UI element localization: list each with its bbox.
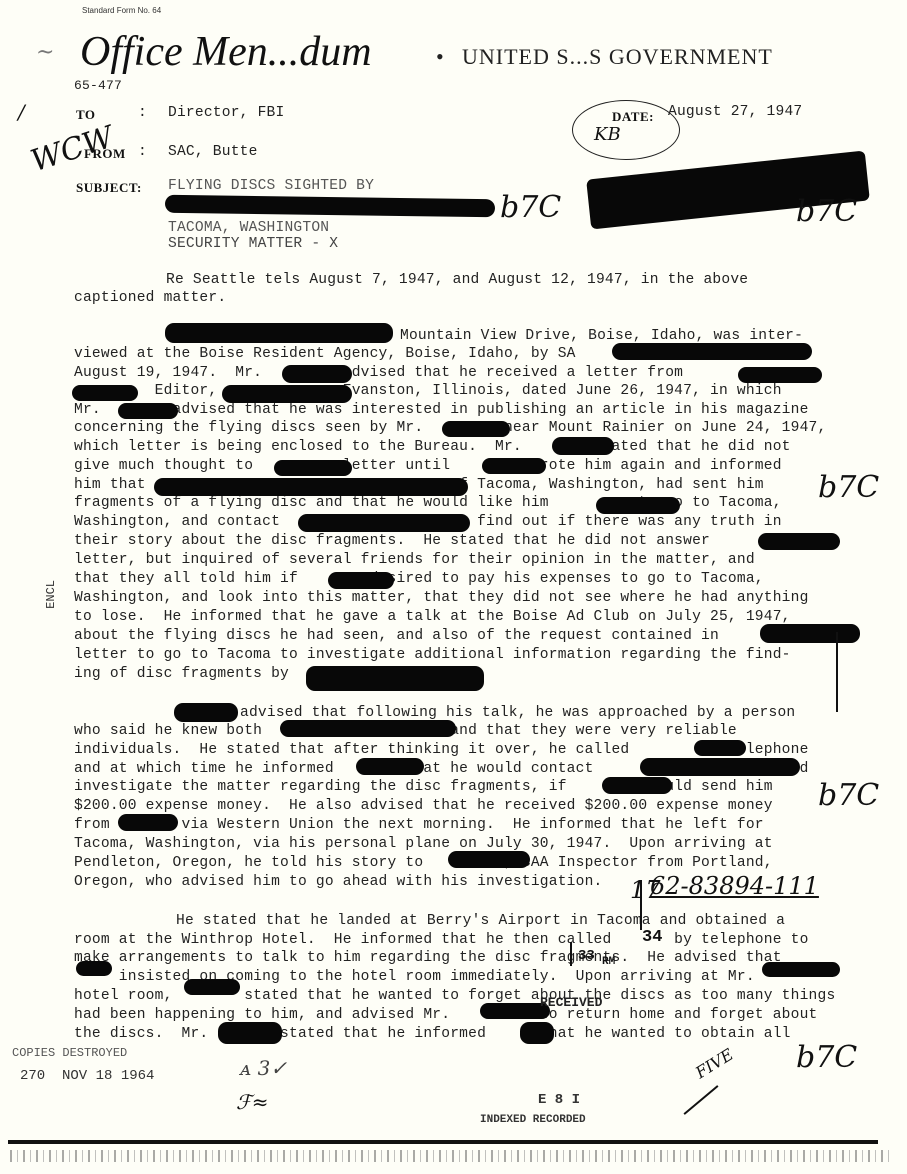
body-text-line: which letter is being enclosed to the Bu… xyxy=(74,439,791,455)
to-label: TO xyxy=(76,107,96,123)
redaction xyxy=(218,1022,282,1044)
redaction xyxy=(184,979,240,995)
body-text-line: Mr. advised that he was interested in pu… xyxy=(74,402,809,418)
body-text-line: August 19, 1947. Mr. advised that he rec… xyxy=(74,365,683,381)
body-text-line: He stated that he landed at Berry's Airp… xyxy=(176,913,785,929)
memo-page: Standard Form No. 64 ~ Office Men...dum … xyxy=(0,0,907,1174)
body-text-line: Pendleton, Oregon, he told his story to … xyxy=(74,855,773,871)
redaction xyxy=(306,666,484,691)
body-text-line: ing of disc fragments by xyxy=(74,666,289,682)
stamp-line xyxy=(640,880,642,930)
redaction xyxy=(442,421,510,437)
margin-vertical-stamp: ENCL xyxy=(44,580,58,609)
redaction xyxy=(298,514,470,532)
redaction xyxy=(222,385,352,403)
body-text-line: room at the Winthrop Hotel. He informed … xyxy=(74,932,809,948)
redaction xyxy=(72,385,138,401)
circled-initials: KB xyxy=(594,124,621,145)
redaction xyxy=(328,572,394,589)
form-number: Standard Form No. 64 xyxy=(82,6,161,15)
body-text-line: letter, but inquired of several friends … xyxy=(74,552,755,568)
redaction xyxy=(448,851,530,868)
recorded-file-number: 62-83894-111 xyxy=(650,872,819,900)
circled-initials-ring xyxy=(572,100,680,160)
subject-line-3: SECURITY MATTER - X xyxy=(168,236,338,252)
handwritten-signature: ℱ≈ xyxy=(236,1090,268,1114)
header-scribble: ~ xyxy=(36,40,54,65)
exemption-mark: b7C xyxy=(796,194,857,229)
body-text-line: Washington, and look into this matter, t… xyxy=(74,590,809,606)
body-text-line: give much thought to letter until wrote … xyxy=(74,458,782,474)
body-text-line: Re Seattle tels August 7, 1947, and Augu… xyxy=(166,272,748,288)
redaction xyxy=(760,624,860,643)
bottom-scan-noise xyxy=(10,1150,890,1162)
file-number: 65-477 xyxy=(74,78,122,93)
body-text-line: Tacoma, Washington, via his personal pla… xyxy=(74,836,773,852)
body-text-line: make arrangements to talk to him regardi… xyxy=(74,950,782,966)
subject-line-1: FLYING DISCS SIGHTED BY xyxy=(168,178,374,194)
body-text-line: captioned matter. xyxy=(74,290,226,306)
redaction xyxy=(280,720,456,737)
copies-destroyed-date: 270 NOV 18 1964 xyxy=(20,1068,154,1084)
copies-destroyed-stamp: COPIES DESTROYED xyxy=(12,1046,127,1060)
redaction xyxy=(640,758,800,776)
redaction xyxy=(596,497,680,514)
handwritten-scribble: ᴀ 3✓ xyxy=(240,1056,287,1080)
header-dot: • xyxy=(436,44,445,70)
indexed-recorded-stamp: INDEXED RECORDED xyxy=(480,1114,586,1126)
body-text-line: the discs. Mr. stated that he informed t… xyxy=(74,1026,791,1042)
to-colon: : xyxy=(138,105,147,121)
redaction xyxy=(762,962,840,977)
to-value: Director, FBI xyxy=(168,105,284,121)
body-text-line: Mountain View Drive, Boise, Idaho, was i… xyxy=(400,328,803,344)
margin-check-mark: / xyxy=(18,100,25,124)
redaction xyxy=(282,365,352,383)
bottom-stamp-e8i: E 8 I xyxy=(538,1092,580,1108)
from-label: FROM xyxy=(84,146,126,162)
bottom-border-line xyxy=(8,1140,878,1144)
body-text-line: Editor, Evanston, Illinois, dated June 2… xyxy=(74,383,782,399)
header-office-memorandum: Office Men...dum xyxy=(80,28,372,76)
redaction xyxy=(520,1022,554,1044)
body-text-line: insisted on coming to the hotel room imm… xyxy=(74,969,755,985)
body-text-line: letter to go to Tacoma to investigate ad… xyxy=(74,647,791,663)
redaction xyxy=(482,458,546,474)
stamp-line xyxy=(570,942,572,966)
body-text-line: had been happening to him, and advised M… xyxy=(74,1007,818,1023)
body-text-line: $200.00 expense money. He also advised t… xyxy=(74,798,773,814)
header-united-states-government: UNITED S...S GOVERNMENT xyxy=(462,44,773,70)
initials-stroke xyxy=(684,1085,719,1115)
redaction xyxy=(165,323,393,343)
from-colon: : xyxy=(138,144,147,160)
body-text-line: about the flying discs he had seen, and … xyxy=(74,628,719,644)
stamp-33: 33 xyxy=(578,948,595,964)
redaction xyxy=(165,195,495,218)
redaction xyxy=(552,437,614,455)
redaction xyxy=(154,478,468,496)
margin-bracket-line xyxy=(836,632,838,712)
from-value: SAC, Butte xyxy=(168,144,258,160)
exemption-mark: b7C xyxy=(500,190,561,225)
subject-label: SUBJECT: xyxy=(76,180,142,196)
body-text-line: advised that following his talk, he was … xyxy=(240,705,795,721)
exemption-mark: b7C xyxy=(796,1040,857,1075)
redaction xyxy=(76,961,112,976)
redaction xyxy=(118,403,178,419)
redaction xyxy=(174,703,238,722)
redaction xyxy=(118,814,178,831)
stamp-34: 34 xyxy=(642,928,662,947)
subject-line-2: TACOMA, WASHINGTON xyxy=(168,220,329,236)
bottom-right-initials: FIVE xyxy=(692,1045,737,1083)
date-value: August 27, 1947 xyxy=(668,104,802,120)
stamp-received: RECEIVED xyxy=(540,995,602,1010)
redaction xyxy=(758,533,840,550)
redaction xyxy=(274,460,352,476)
body-text-line: that they all told him if desired to pay… xyxy=(74,571,764,587)
redaction xyxy=(602,777,672,794)
body-text-line: viewed at the Boise Resident Agency, Boi… xyxy=(74,346,576,362)
redaction xyxy=(356,758,424,775)
exemption-mark: b7C xyxy=(818,778,879,813)
stamp-rm: RM xyxy=(602,956,615,968)
body-text-line: their story about the disc fragments. He… xyxy=(74,533,710,549)
redaction xyxy=(612,343,812,360)
exemption-mark: b7C xyxy=(818,470,879,505)
body-text-line: Oregon, who advised him to go ahead with… xyxy=(74,874,603,890)
redaction xyxy=(694,740,746,756)
redaction xyxy=(738,367,822,383)
body-text-line: to lose. He informed that he gave a talk… xyxy=(74,609,791,625)
